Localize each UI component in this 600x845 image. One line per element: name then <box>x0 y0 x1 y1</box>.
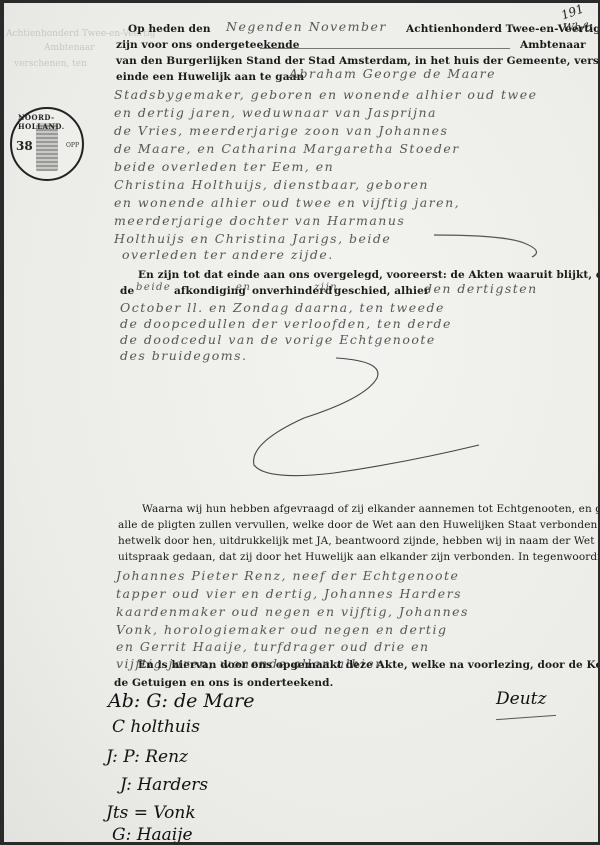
signature-witness: J: P: Renz <box>106 747 188 767</box>
signature-witness: Jts = Vonk <box>106 803 196 823</box>
closing-line2: de Getuigen en ons is onderteekend. <box>114 677 333 689</box>
vows-line4: uitspraak gedaan, dat zij door het Huwel… <box>118 551 598 563</box>
pen-flourish <box>4 3 598 842</box>
closing-line1: En is hiervan door ons opgemaakt deze Ak… <box>138 659 598 671</box>
signature-witness: G: Haaije <box>112 825 193 842</box>
vows-line3: hetwelk door hen, uitdrukkelijk met JA, … <box>118 535 595 547</box>
signature-witness: J: Harders <box>120 775 208 795</box>
witness-line: Johannes Pieter Renz, neef der Echtgenoo… <box>116 568 459 583</box>
signature-groom: Ab: G: de Mare <box>108 690 255 712</box>
certificate-page: Achtienhonderd Twee-en-Veertig Ambtenaar… <box>4 3 598 842</box>
witness-line: en Gerrit Haaije, turfdrager oud drie en <box>116 639 430 654</box>
signature-official: Deutz <box>496 689 546 709</box>
witness-line: Vonk, horologiemaker oud negen en dertig <box>116 622 447 637</box>
vows-line2: alle de pligten zullen vervullen, welke … <box>118 519 598 531</box>
witness-line: kaardenmaker oud negen en vijftig, Johan… <box>116 604 469 619</box>
witness-line: tapper oud vier en dertig, Johannes Hard… <box>116 586 462 601</box>
signature-bride: C holthuis <box>112 717 200 737</box>
vows-line1: Waarna wij hun hebben afgevraagd of zij … <box>142 503 598 515</box>
